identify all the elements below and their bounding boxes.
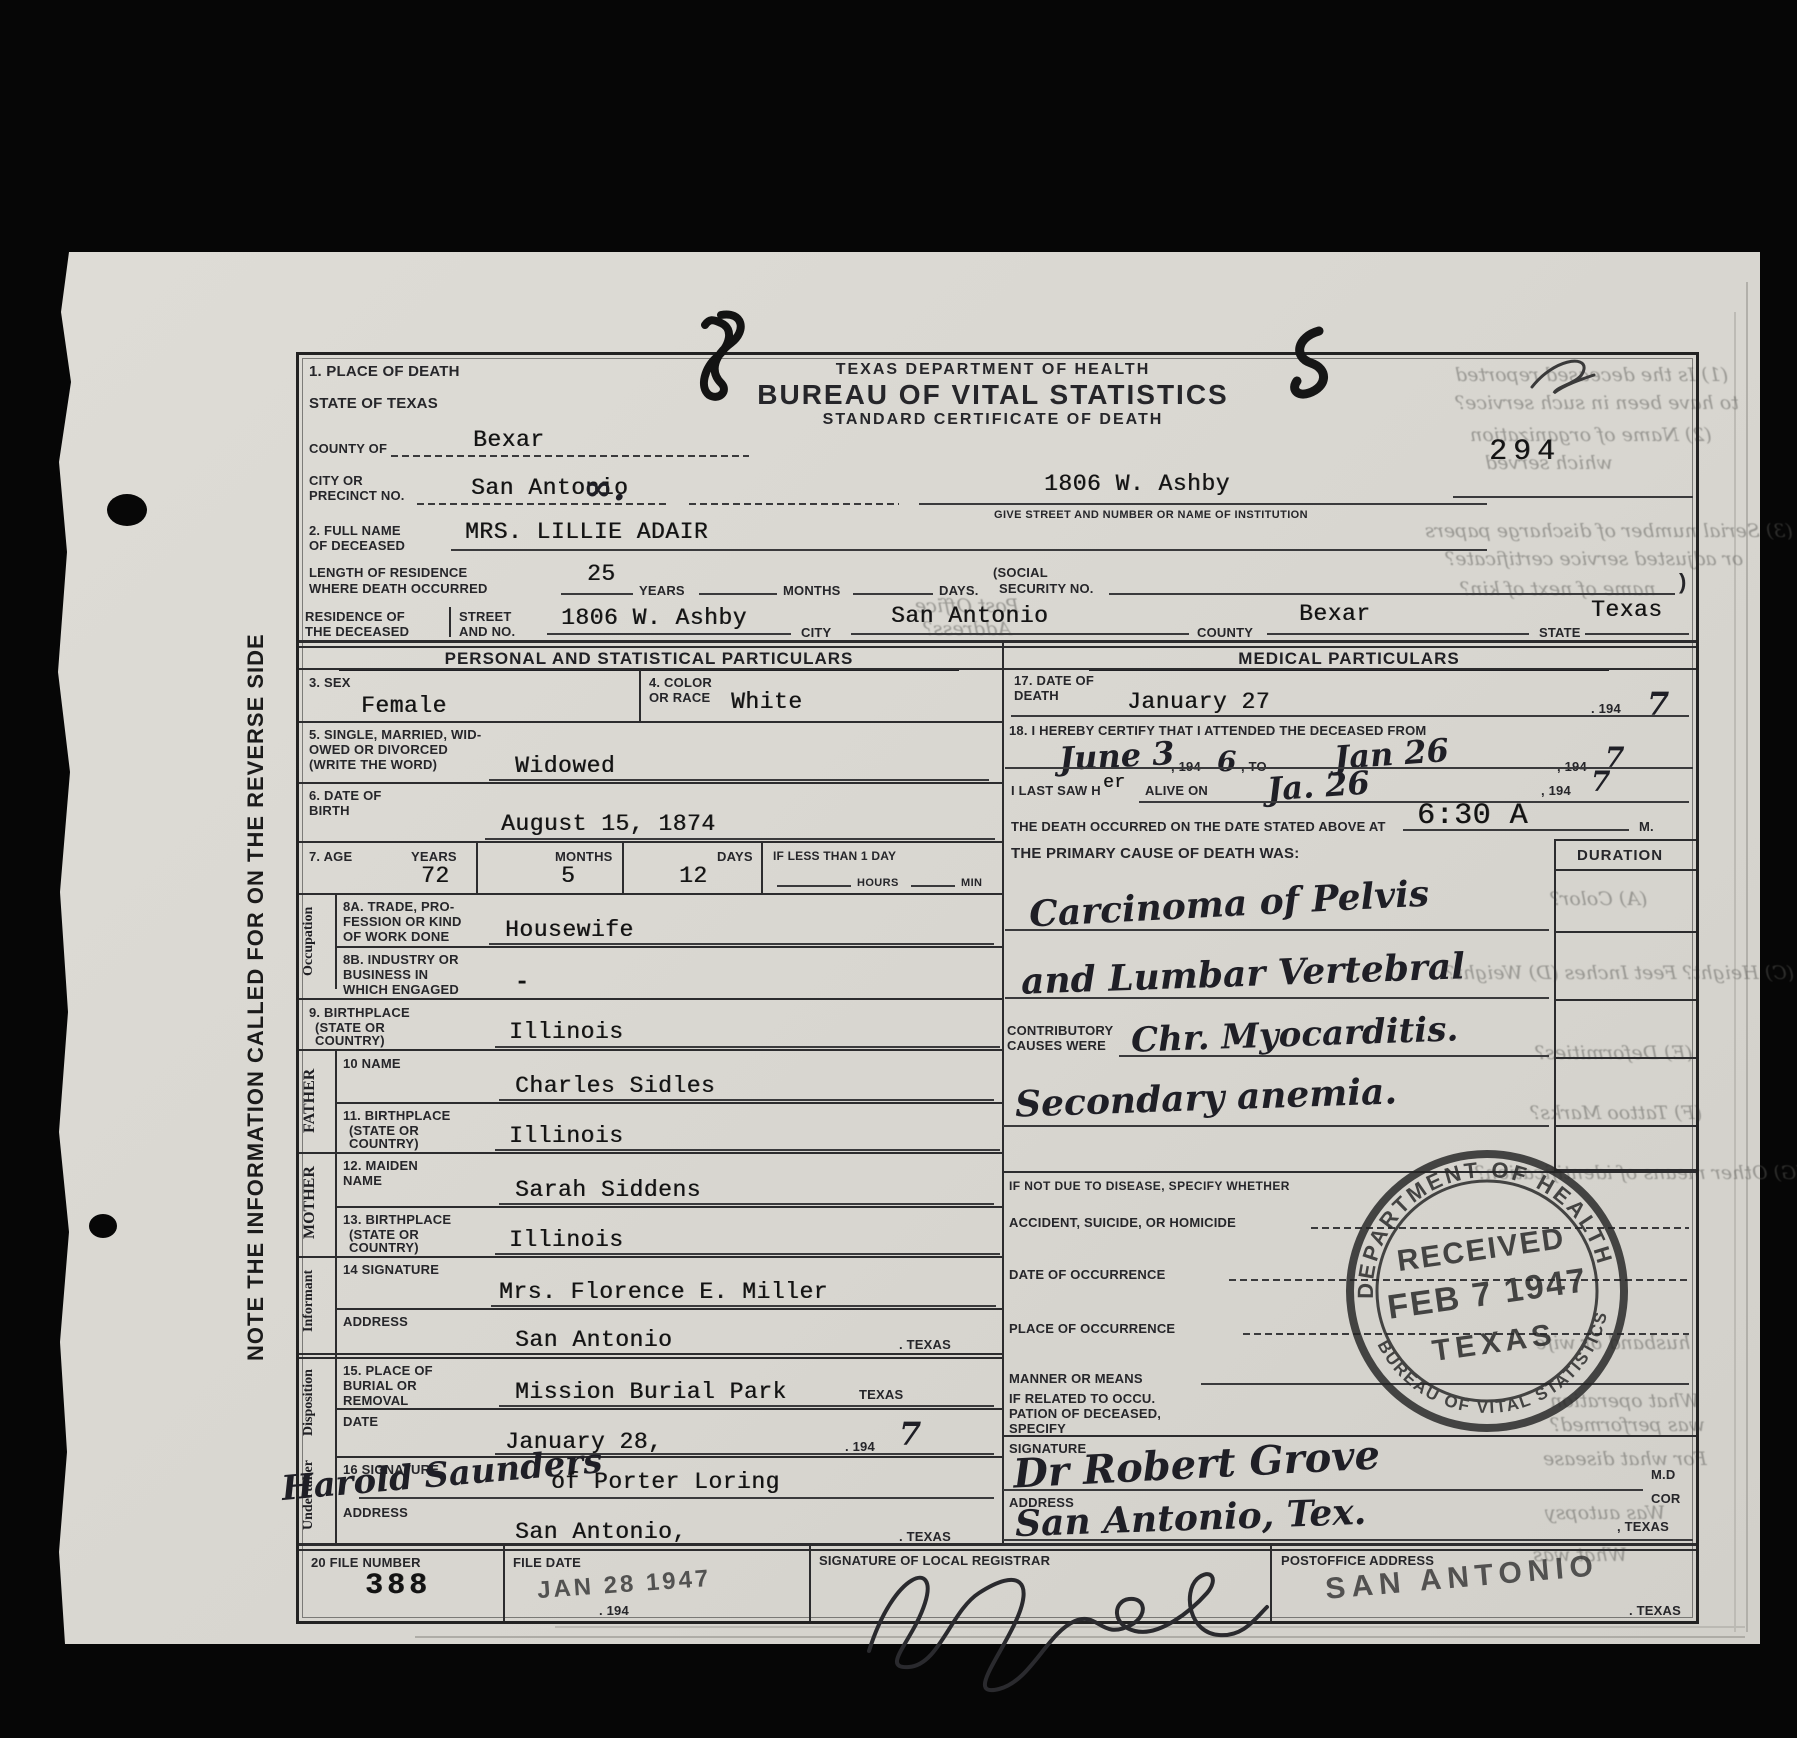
divider — [476, 841, 478, 893]
trade-underline — [489, 943, 994, 945]
secondary-underline — [1003, 1125, 1549, 1127]
time-underline — [1403, 829, 1629, 831]
informant-address-label: ADDRESS — [343, 1314, 408, 1329]
attended-from-year-hand: 6 — [1217, 745, 1236, 778]
file-date-pre: . 194 — [599, 1603, 629, 1618]
related-occupation-label: SPECIFY — [1009, 1421, 1066, 1436]
marital-value: Widowed — [515, 753, 615, 779]
birthplace9-label: COUNTRY) — [315, 1033, 385, 1048]
last-saw-er: er — [1103, 773, 1126, 793]
informant-address-value: San Antonio — [515, 1327, 672, 1353]
row-line — [299, 782, 1002, 784]
father-side-label: FATHER — [301, 1051, 333, 1151]
burial-date-label: DATE — [343, 1414, 378, 1429]
row-line — [335, 1206, 1002, 1208]
burial-label: BURIAL OR — [343, 1378, 417, 1393]
informant-side-label: Informant — [301, 1255, 333, 1347]
mother-side-label: MOTHER — [301, 1153, 333, 1253]
min-label: MIN — [961, 877, 982, 889]
if-less-label: IF LESS THAN 1 DAY — [773, 849, 896, 863]
cause-of-death-line1: Carcinoma of Pelvis — [1028, 873, 1430, 936]
full-name-label: 2. FULL NAME — [309, 523, 401, 538]
marital-label: OWED OR DIVORCED — [309, 742, 448, 757]
scanned-death-certificate: { "margin_note": "NOTE THE INFORMATION C… — [0, 0, 1797, 1738]
row-line — [299, 998, 1002, 1000]
residence-of-label: THE DECEASED — [305, 624, 409, 639]
duration-box-line — [1554, 999, 1696, 1001]
duration-label: DURATION — [1577, 847, 1663, 864]
father-name-underline — [499, 1099, 994, 1101]
ssn-label: SECURITY NO. — [999, 581, 1094, 596]
file-date-stamp: JAN 28 1947 — [536, 1565, 712, 1605]
row-line — [299, 721, 1002, 723]
residence-state-value: Texas — [1591, 597, 1663, 623]
disposition-side-label: Disposition — [301, 1355, 333, 1451]
maiden-name-label: 12. MAIDEN — [343, 1158, 418, 1173]
dob-value: August 15, 1874 — [501, 811, 716, 837]
occupation-side-label: Occupation — [301, 895, 333, 987]
birthplace11-label: COUNTRY) — [349, 1136, 419, 1151]
certno-underline — [1453, 496, 1693, 498]
band-line — [299, 668, 1696, 670]
last-saw-year-hand: 7 — [1591, 765, 1610, 798]
stamp-texas: TEXAS — [1430, 1318, 1558, 1368]
column-divider — [1002, 640, 1004, 1543]
name-underline — [451, 549, 1487, 551]
maiden-name-label: NAME — [343, 1173, 382, 1188]
res-state-underline — [1585, 633, 1689, 635]
street-hint-label: GIVE STREET AND NUMBER OR NAME OF INSTIT… — [994, 509, 1308, 521]
bp13-underline — [495, 1253, 1000, 1255]
dod-year-pre: . 194 — [1591, 701, 1621, 716]
cause-of-death-line2: and Lumbar Vertebral — [1020, 945, 1465, 1002]
margin-note: NOTE THE INFORMATION CALLED FOR ON THE R… — [243, 547, 289, 1447]
residence-street-value: 1806 W. Ashby — [561, 605, 747, 631]
contributory-label: CAUSES WERE — [1007, 1038, 1106, 1053]
stacked-sheet-edge — [1746, 282, 1748, 1632]
city-underline — [689, 503, 899, 505]
birthplace11-value: Illinois — [509, 1123, 623, 1149]
length-residence-label: WHERE DEATH OCCURRED — [309, 581, 488, 596]
time-of-death-value: 6:30 A — [1417, 799, 1528, 833]
ssn-label: (SOCIAL — [993, 565, 1048, 580]
related-occupation-label: PATION OF DECEASED, — [1009, 1406, 1161, 1421]
industry-label: BUSINESS IN — [343, 967, 428, 982]
age-months-label: MONTHS — [555, 849, 613, 864]
sex-value: Female — [361, 693, 447, 719]
burial-label: REMOVAL — [343, 1393, 408, 1408]
divider — [622, 841, 624, 893]
informant-signature-value: Mrs. Florence E. Miller — [499, 1279, 828, 1305]
state-of-texas-label: STATE OF TEXAS — [309, 395, 438, 412]
color-race-label: OR RACE — [649, 690, 710, 705]
duration-box-line — [1554, 839, 1696, 841]
row-line — [299, 1353, 1002, 1355]
registrar-signature — [839, 1541, 1279, 1701]
state-label: STATE — [1539, 625, 1581, 640]
burial-date-year: . 194 — [845, 1439, 875, 1454]
industry-label: 8B. INDUSTRY OR — [343, 952, 459, 967]
birthplace13-label: COUNTRY) — [349, 1240, 419, 1255]
death-occurred-label: THE DEATH OCCURRED ON THE DATE STATED AB… — [1011, 819, 1386, 834]
undertaker-address-label: ADDRESS — [343, 1505, 408, 1520]
row-line — [299, 1357, 1002, 1359]
divider — [761, 841, 763, 893]
county-label: COUNTY — [1197, 625, 1253, 640]
county-of-label: COUNTY OF — [309, 441, 387, 456]
city-precinct-label: PRECINCT NO. — [309, 488, 405, 503]
date-of-death-label: 17. DATE OF — [1014, 673, 1094, 688]
row-line — [335, 1102, 1002, 1104]
months-underline — [699, 593, 777, 595]
age-days-value: 12 — [679, 863, 708, 889]
torn-left-edge — [55, 252, 95, 1644]
last-saw-year: , 194 — [1541, 783, 1571, 798]
date-of-death-label: DEATH — [1014, 688, 1059, 703]
father-name-value: Charles Sidles — [515, 1073, 715, 1099]
age-label: 7. AGE — [309, 849, 352, 864]
trade-label: FESSION OR KIND — [343, 914, 462, 929]
res-city-underline — [851, 633, 1189, 635]
row-line — [335, 946, 1002, 948]
full-name-value: MRS. LILLIE ADAIR — [465, 519, 708, 545]
maiden-name-value: Sarah Siddens — [515, 1177, 701, 1203]
street-and-no-label: STREET — [459, 609, 511, 624]
last-saw-label: I LAST SAW H — [1011, 783, 1101, 798]
trade-value: Housewife — [505, 917, 634, 943]
certify-label: 18. I HEREBY CERTIFY THAT I ATTENDED THE… — [1009, 723, 1426, 738]
age-years-value: 72 — [421, 863, 450, 889]
birthplace11-label: 11. BIRTHPLACE — [343, 1108, 451, 1123]
res-county-underline — [1267, 633, 1529, 635]
divider — [809, 1543, 811, 1621]
color-race-value: White — [731, 689, 803, 715]
postoffice-state: . TEXAS — [1629, 1603, 1681, 1618]
ssn-underline — [1109, 593, 1675, 595]
attended-from-hand: June 3 — [1058, 734, 1175, 778]
marital-underline — [489, 779, 989, 781]
industry-value: - — [515, 969, 529, 995]
divider — [449, 607, 451, 637]
burial-underline — [499, 1405, 994, 1407]
dob-underline — [485, 838, 995, 840]
dod-underline — [1011, 715, 1689, 717]
lastsaw-underline — [1139, 801, 1689, 803]
md-label: M.D — [1651, 1467, 1675, 1482]
city-precinct-label: CITY OR — [309, 473, 363, 488]
ink-blot — [691, 309, 761, 404]
pen-squiggle — [1524, 351, 1604, 401]
band-line — [299, 640, 1696, 643]
if-not-disease-label: IF NOT DUE TO DISEASE, SPECIFY WHETHER — [1009, 1179, 1290, 1193]
place-of-death-label: 1. PLACE OF DEATH — [309, 363, 460, 380]
undertaker-firm-value: of Porter Loring — [551, 1469, 780, 1495]
min-underline — [911, 885, 955, 887]
dod-year-hand: 7 — [1647, 685, 1669, 723]
related-occupation-label: IF RELATED TO OCCU. — [1009, 1391, 1155, 1406]
burial-label: 15. PLACE OF — [343, 1363, 433, 1378]
burial-value: Mission Burial Park — [515, 1379, 787, 1405]
color-race-label: 4. COLOR — [649, 675, 712, 690]
length-residence-label: LENGTH OF RESIDENCE — [309, 565, 467, 580]
residence-of-label: RESIDENCE OF — [305, 609, 405, 624]
place-occurrence-label: PLACE OF OCCURRENCE — [1009, 1321, 1175, 1336]
band-line — [299, 646, 1696, 648]
full-name-label: OF DECEASED — [309, 538, 405, 553]
accident-label: ACCIDENT, SUICIDE, OR HOMICIDE — [1009, 1215, 1236, 1230]
divider — [335, 893, 337, 989]
residence-years-value: 25 — [587, 561, 616, 587]
punch-hole — [107, 494, 147, 526]
received-stamp: DEPARTMENT OF HEALTH BUREAU OF VITAL STA… — [1322, 1126, 1652, 1456]
certificate-number: 294 — [1489, 435, 1561, 469]
row-line — [299, 1256, 1002, 1258]
file-number-label: 20 FILE NUMBER — [311, 1555, 421, 1570]
dob-label: BIRTH — [309, 803, 350, 818]
sig14-underline — [491, 1305, 996, 1307]
duration-box-line — [1554, 869, 1696, 871]
burial-state: TEXAS — [859, 1387, 903, 1402]
duration-box-line — [1554, 1057, 1696, 1059]
age-days-label: DAYS — [717, 849, 753, 864]
secondary-value: Secondary anemia. — [1014, 1070, 1397, 1125]
row-line — [299, 1152, 1002, 1154]
hours-underline — [777, 885, 851, 887]
birthplace9-value: Illinois — [509, 1019, 623, 1045]
row-line — [335, 1408, 1002, 1410]
informant-address-state: . TEXAS — [899, 1337, 951, 1352]
date-of-death-value: January 27 — [1127, 689, 1270, 715]
row-line — [299, 893, 1002, 895]
cause1-underline — [1005, 929, 1549, 931]
close-paren: ) — [1679, 569, 1687, 595]
age-years-label: YEARS — [411, 849, 457, 864]
primary-cause-label: THE PRIMARY CAUSE OF DEATH WAS: — [1011, 845, 1299, 862]
industry-label: WHICH ENGAGED — [343, 982, 459, 997]
divider — [503, 1543, 505, 1621]
contributory-label: CONTRIBUTORY — [1007, 1023, 1113, 1038]
hours-label: HOURS — [857, 877, 899, 889]
duration-box-line — [1554, 1125, 1696, 1127]
divider — [639, 668, 641, 721]
informant-signature-label: 14 SIGNATURE — [343, 1262, 439, 1277]
sex-label: 3. SEX — [309, 675, 351, 690]
physician-sig-underline — [1003, 1489, 1643, 1491]
physician-address-state: , TEXAS — [1617, 1519, 1669, 1534]
file-number-value: 388 — [365, 1569, 431, 1603]
row-line — [299, 841, 1002, 843]
residence-county-value: Bexar — [1299, 601, 1371, 627]
title-certificate: STANDARD CERTIFICATE OF DEATH — [643, 411, 1343, 429]
burial-date-year-hand: 7 — [899, 1415, 921, 1453]
row-line — [335, 1308, 1002, 1310]
manner-means-label: MANNER OR MEANS — [1009, 1371, 1143, 1386]
days-underline — [853, 593, 933, 595]
bp9-underline — [495, 1046, 1000, 1048]
father-name-label: 10 NAME — [343, 1056, 401, 1071]
trade-label: 8A. TRADE, PRO- — [343, 899, 454, 914]
cor-label: COR — [1651, 1491, 1681, 1506]
birthplace9-label: 9. BIRTHPLACE — [309, 1005, 410, 1020]
row-line — [299, 1049, 1002, 1051]
contrib-underline — [1119, 1055, 1549, 1057]
bp11-underline — [495, 1149, 1000, 1151]
county-value: Bexar — [473, 427, 545, 453]
dob-label: 6. DATE OF — [309, 788, 382, 803]
ink-blot — [1279, 327, 1345, 407]
certificate-paper: NOTE THE INFORMATION CALLED FOR ON THE R… — [55, 252, 1760, 1644]
sig16-underline — [359, 1497, 994, 1499]
undertaker-address-value: San Antonio, — [515, 1519, 687, 1545]
duration-box-line — [1554, 931, 1696, 933]
res-street-underline — [547, 633, 791, 635]
cause2-underline — [1005, 997, 1549, 999]
date-occurrence-label: DATE OF OCCURRENCE — [1009, 1267, 1165, 1282]
birthplace13-value: Illinois — [509, 1227, 623, 1253]
punch-hole — [89, 1214, 117, 1238]
street-underline — [919, 503, 1487, 505]
years-underline — [561, 593, 633, 595]
days-label: DAYS. — [939, 583, 979, 598]
years-label: YEARS — [639, 583, 685, 598]
duration-box-line — [1554, 839, 1556, 1169]
marital-label: (WRITE THE WORD) — [309, 757, 437, 772]
county-underline — [391, 455, 749, 457]
marital-label: 5. SINGLE, MARRIED, WID- — [309, 727, 481, 742]
am-pm-label: M. — [1639, 819, 1654, 834]
file-date-label: FILE DATE — [513, 1555, 581, 1570]
residence-city-value: San Antonio — [891, 603, 1048, 629]
birthplace13-label: 13. BIRTHPLACE — [343, 1212, 451, 1227]
last-saw-label2: ALIVE ON — [1145, 783, 1208, 798]
city-underline — [417, 503, 667, 505]
certificate-form: 1. PLACE OF DEATH STATE OF TEXAS TEXAS D… — [296, 352, 1699, 1624]
maiden-underline — [499, 1203, 994, 1205]
trade-label: OF WORK DONE — [343, 929, 449, 944]
age-months-value: 5 — [561, 863, 575, 889]
city-label: CITY — [801, 625, 831, 640]
street-and-no-label: AND NO. — [459, 624, 515, 639]
months-label: MONTHS — [783, 583, 841, 598]
contributory-value: Chr. Myocarditis. — [1130, 1009, 1458, 1060]
institution-street-value: 1806 W. Ashby — [1044, 471, 1230, 497]
